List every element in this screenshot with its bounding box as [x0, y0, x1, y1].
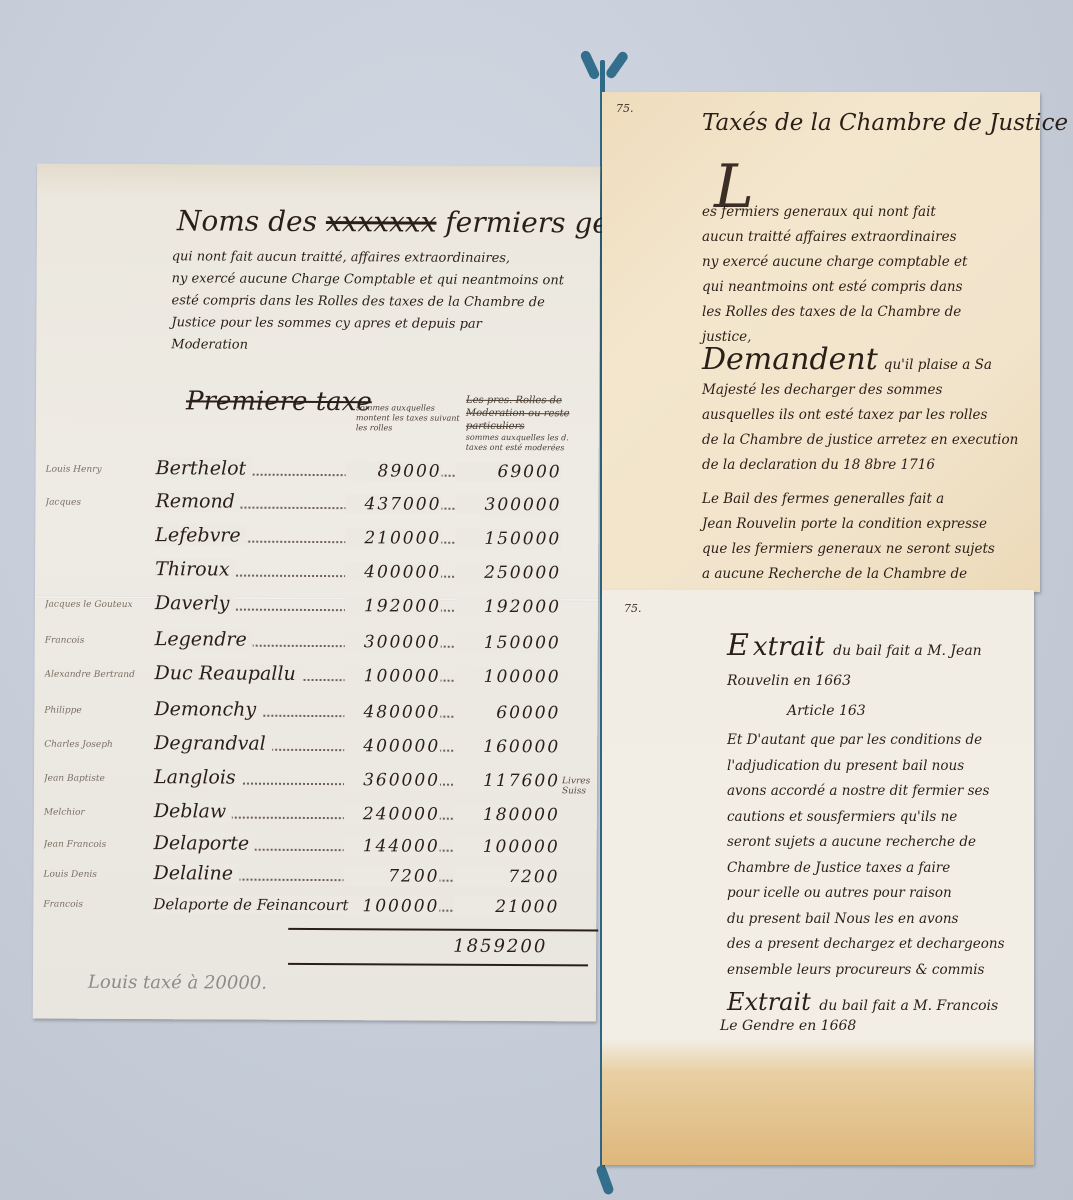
surname: Delaporte: [154, 832, 256, 855]
intro-line-2: ny exercé aucune Charge Comptable et qui…: [172, 268, 564, 292]
amount-original: 100000: [345, 666, 441, 687]
heading-word: Extrait: [727, 988, 811, 1016]
amount-original: 480000: [344, 702, 440, 723]
ribbon-loop-top: [579, 49, 601, 80]
surname: Delaporte de Feinancourt: [153, 895, 354, 914]
text-line: du present bail Nous les en avons: [727, 907, 1005, 933]
amount-original: 7200: [343, 866, 439, 887]
table-row: Louis Henry Berthelot 89000 69000: [36, 457, 599, 490]
intro-line-3: esté compris dans les Rolles des taxes d…: [171, 290, 544, 314]
extract-heading-1-line-2: Rouvelin en 1663: [727, 673, 851, 689]
paragraph-head-word: Demandent: [702, 342, 878, 377]
text-line: les Rolles des taxes de la Chambre de: [702, 300, 967, 325]
ribbon-loop-bottom: [595, 1164, 615, 1196]
surname: Daverly: [155, 592, 236, 614]
ribbon-loop-top-right: [604, 50, 629, 80]
total-rule-top: [288, 928, 598, 932]
table-row: Thiroux 400000 250000: [35, 558, 598, 591]
surname: Duc Reaupallu: [155, 662, 302, 685]
amount-moderated: 100000: [454, 837, 560, 858]
table-row: Francois Delaporte de Feinancourt 100000…: [33, 892, 596, 925]
surname: Berthelot: [156, 457, 253, 480]
table-row: Lefebvre 210000 150000: [35, 524, 598, 557]
amount-original: 360000: [344, 770, 440, 791]
given-name: Alexandre Bertrand: [45, 670, 135, 680]
text-line: ensemble leurs procureurs & commis: [727, 958, 1005, 984]
given-name: Charles Joseph: [44, 740, 134, 750]
amount-moderated: 160000: [454, 737, 560, 758]
table-row: Jacques le Gouteux Daverly 192000 192000: [35, 592, 598, 625]
column-b-header-text: sommes auxquelles les d. taxes ont esté …: [466, 433, 569, 453]
article-text: Et D'autant que par les conditions de l'…: [727, 728, 1005, 983]
given-name: Jean Francois: [44, 840, 134, 850]
text-line: Et D'autant que par les conditions de: [727, 728, 1005, 754]
text-line: es fermiers generaux qui nont fait: [702, 200, 967, 225]
text-line: que les fermiers generaux ne seront suje…: [702, 537, 995, 562]
text-line: cautions et sousfermiers qu'ils ne: [727, 805, 1005, 831]
intro-line-1: qui nont fait aucun traitté, affaires ex…: [172, 246, 510, 270]
amount-moderated: 150000: [455, 633, 561, 654]
given-name: Louis Henry: [46, 465, 136, 475]
surname: Remond: [155, 490, 241, 512]
text-line: Chambre de Justice taxes a faire: [727, 856, 1005, 882]
tax-table: Louis Henry Berthelot 89000 69000 Jacque…: [37, 164, 600, 167]
column-b-header: Les pres. Rolles de Moderation ou reste …: [466, 394, 591, 454]
surname: Demonchy: [154, 698, 262, 721]
intro-line-5: Moderation: [171, 334, 248, 356]
amount-original: 300000: [345, 632, 441, 653]
given-name: Jacques: [45, 498, 135, 508]
title-prefix: Noms des: [177, 204, 317, 238]
drop-cap: E: [727, 628, 749, 663]
article-number: Article 163: [787, 703, 866, 719]
surname: Deblaw: [154, 800, 232, 822]
table-row: Jean Baptiste Langlois 360000 117600 Liv…: [34, 766, 597, 799]
column-b-struck-line-3: particuliers: [466, 420, 591, 434]
surname: Delaline: [153, 862, 239, 884]
text-line: ausquelles ils ont esté taxez par les ro…: [702, 403, 1018, 428]
given-name: Melchior: [44, 808, 134, 818]
paragraph-2: Demandentqu'il plaise a Sa Majesté les d…: [702, 347, 1018, 478]
section-title: Premiere taxe: [186, 386, 372, 417]
amount-moderated: 117600: [454, 771, 560, 792]
intro-line-4: Justice pour les sommes cy apres et depu…: [171, 312, 482, 336]
column-b-struck-line-1: Les pres. Rolles de: [466, 394, 591, 408]
given-name: Jacques le Gouteux: [45, 600, 135, 610]
surname: Legendre: [155, 628, 253, 651]
table-row: Jacques Remond 437000 300000: [35, 490, 598, 523]
amount-original: 400000: [345, 562, 441, 583]
text-line: qui neantmoins ont esté compris dans: [702, 275, 967, 300]
given-name: Francois: [45, 636, 135, 646]
text-line: Le Bail des fermes generalles fait a: [702, 487, 995, 512]
given-name: Philippe: [44, 706, 134, 716]
amount-moderated: 300000: [455, 495, 561, 516]
text-line: avons accordé a nostre dit fermier ses: [727, 779, 1005, 805]
table-row: Charles Joseph Degrandval 400000 160000: [34, 732, 597, 765]
amount-moderated: 250000: [455, 563, 561, 584]
text-line: de la declaration du 18 8bre 1716: [702, 453, 1018, 478]
right-top-document-page: 75. Taxés de la Chambre de Justice L es …: [602, 92, 1040, 592]
column-b-struck-line-2: Moderation ou reste: [466, 407, 591, 421]
text-line: l'adjudication du present bail nous: [727, 754, 1005, 780]
total-rule-bottom: [288, 963, 588, 967]
paragraph-3: Le Bail des fermes generalles fait a Jea…: [702, 487, 995, 587]
folio-number: 75.: [616, 102, 634, 115]
amount-moderated: 60000: [454, 703, 560, 724]
page-title: Taxés de la Chambre de Justice: [702, 110, 1068, 136]
amount-original: 192000: [345, 596, 441, 617]
table-row: Melchior Deblaw 240000 180000: [34, 800, 597, 833]
table-row: Jean Francois Delaporte 144000 100000: [34, 832, 597, 865]
right-bottom-document-page: 75. Extrait du bail fait a M. Jean Rouve…: [602, 590, 1034, 1165]
extract-heading-2-line-2: Le Gendre en 1668: [720, 1018, 856, 1034]
text-line: qu'il plaise a Sa: [884, 357, 992, 373]
amount-original: 400000: [344, 736, 440, 757]
grand-total: 1859200: [453, 936, 547, 957]
column-a-header: sommes auxquelles montent les taxes suiv…: [356, 403, 461, 434]
surname: Langlois: [154, 766, 242, 788]
given-name: Jean Baptiste: [44, 774, 134, 784]
amount-moderated: 180000: [454, 805, 560, 826]
text-line: ny exercé aucune charge comptable et: [702, 250, 967, 275]
surname: Lefebvre: [155, 524, 246, 546]
left-document-page: Noms des xxxxxxx fermiers generaux qui n…: [33, 164, 600, 1022]
amount-original: 144000: [344, 836, 440, 857]
given-name: Louis Denis: [43, 870, 133, 880]
heading-rest: du bail fait a M. Francois: [819, 998, 998, 1014]
text-line: Jean Rouvelin porte la condition express…: [702, 512, 995, 537]
table-row: Louis Denis Delaline 7200 7200: [33, 862, 596, 895]
table-row: Alexandre Bertrand Duc Reaupallu 100000 …: [34, 662, 597, 695]
text-line: a aucune Recherche de la Chambre de: [702, 562, 995, 587]
heading-word: xtrait: [753, 632, 825, 662]
amount-moderated: 100000: [455, 667, 561, 688]
amount-original: 89000: [346, 461, 442, 482]
amount-moderated: 150000: [455, 529, 561, 550]
amount-moderated: 21000: [453, 897, 559, 918]
extract-heading-1: Extrait du bail fait a M. Jean: [727, 628, 982, 663]
text-line: des a present dechargez et dechargeons: [727, 932, 1005, 958]
amount-moderated: 192000: [455, 597, 561, 618]
surname: Thiroux: [155, 558, 236, 580]
paragraph-1: es fermiers generaux qui nont fait aucun…: [702, 200, 967, 350]
amount-original: 240000: [344, 804, 440, 825]
text-line: aucun traitté affaires extraordinaires: [702, 225, 967, 250]
table-row: Francois Legendre 300000 150000: [35, 628, 598, 661]
extract-heading-2: Extrait du bail fait a M. Francois: [727, 988, 998, 1016]
title-struck-word: xxxxxxx: [326, 205, 437, 239]
table-row: Philippe Demonchy 480000 60000: [34, 698, 597, 731]
text-line: seront sujets a aucune recherche de: [727, 830, 1005, 856]
given-name: Francois: [43, 900, 133, 910]
amount-moderated: 69000: [456, 462, 562, 483]
pencil-annotation: Louis taxé à 20000.: [88, 972, 267, 994]
amount-original: 100000: [343, 896, 439, 917]
text-line: de la Chambre de justice arretez en exec…: [702, 428, 1018, 453]
folio-number: 75.: [624, 602, 642, 615]
row-margin-note: Livres Suiss: [562, 776, 597, 796]
amount-original: 210000: [345, 528, 441, 549]
text-line: Majesté les decharger des sommes: [702, 378, 1018, 403]
heading-rest: du bail fait a M. Jean: [833, 643, 982, 659]
text-line: pour icelle ou autres pour raison: [727, 881, 1005, 907]
amount-original: 437000: [345, 494, 441, 515]
surname: Degrandval: [154, 732, 272, 755]
amount-moderated: 7200: [453, 867, 559, 888]
